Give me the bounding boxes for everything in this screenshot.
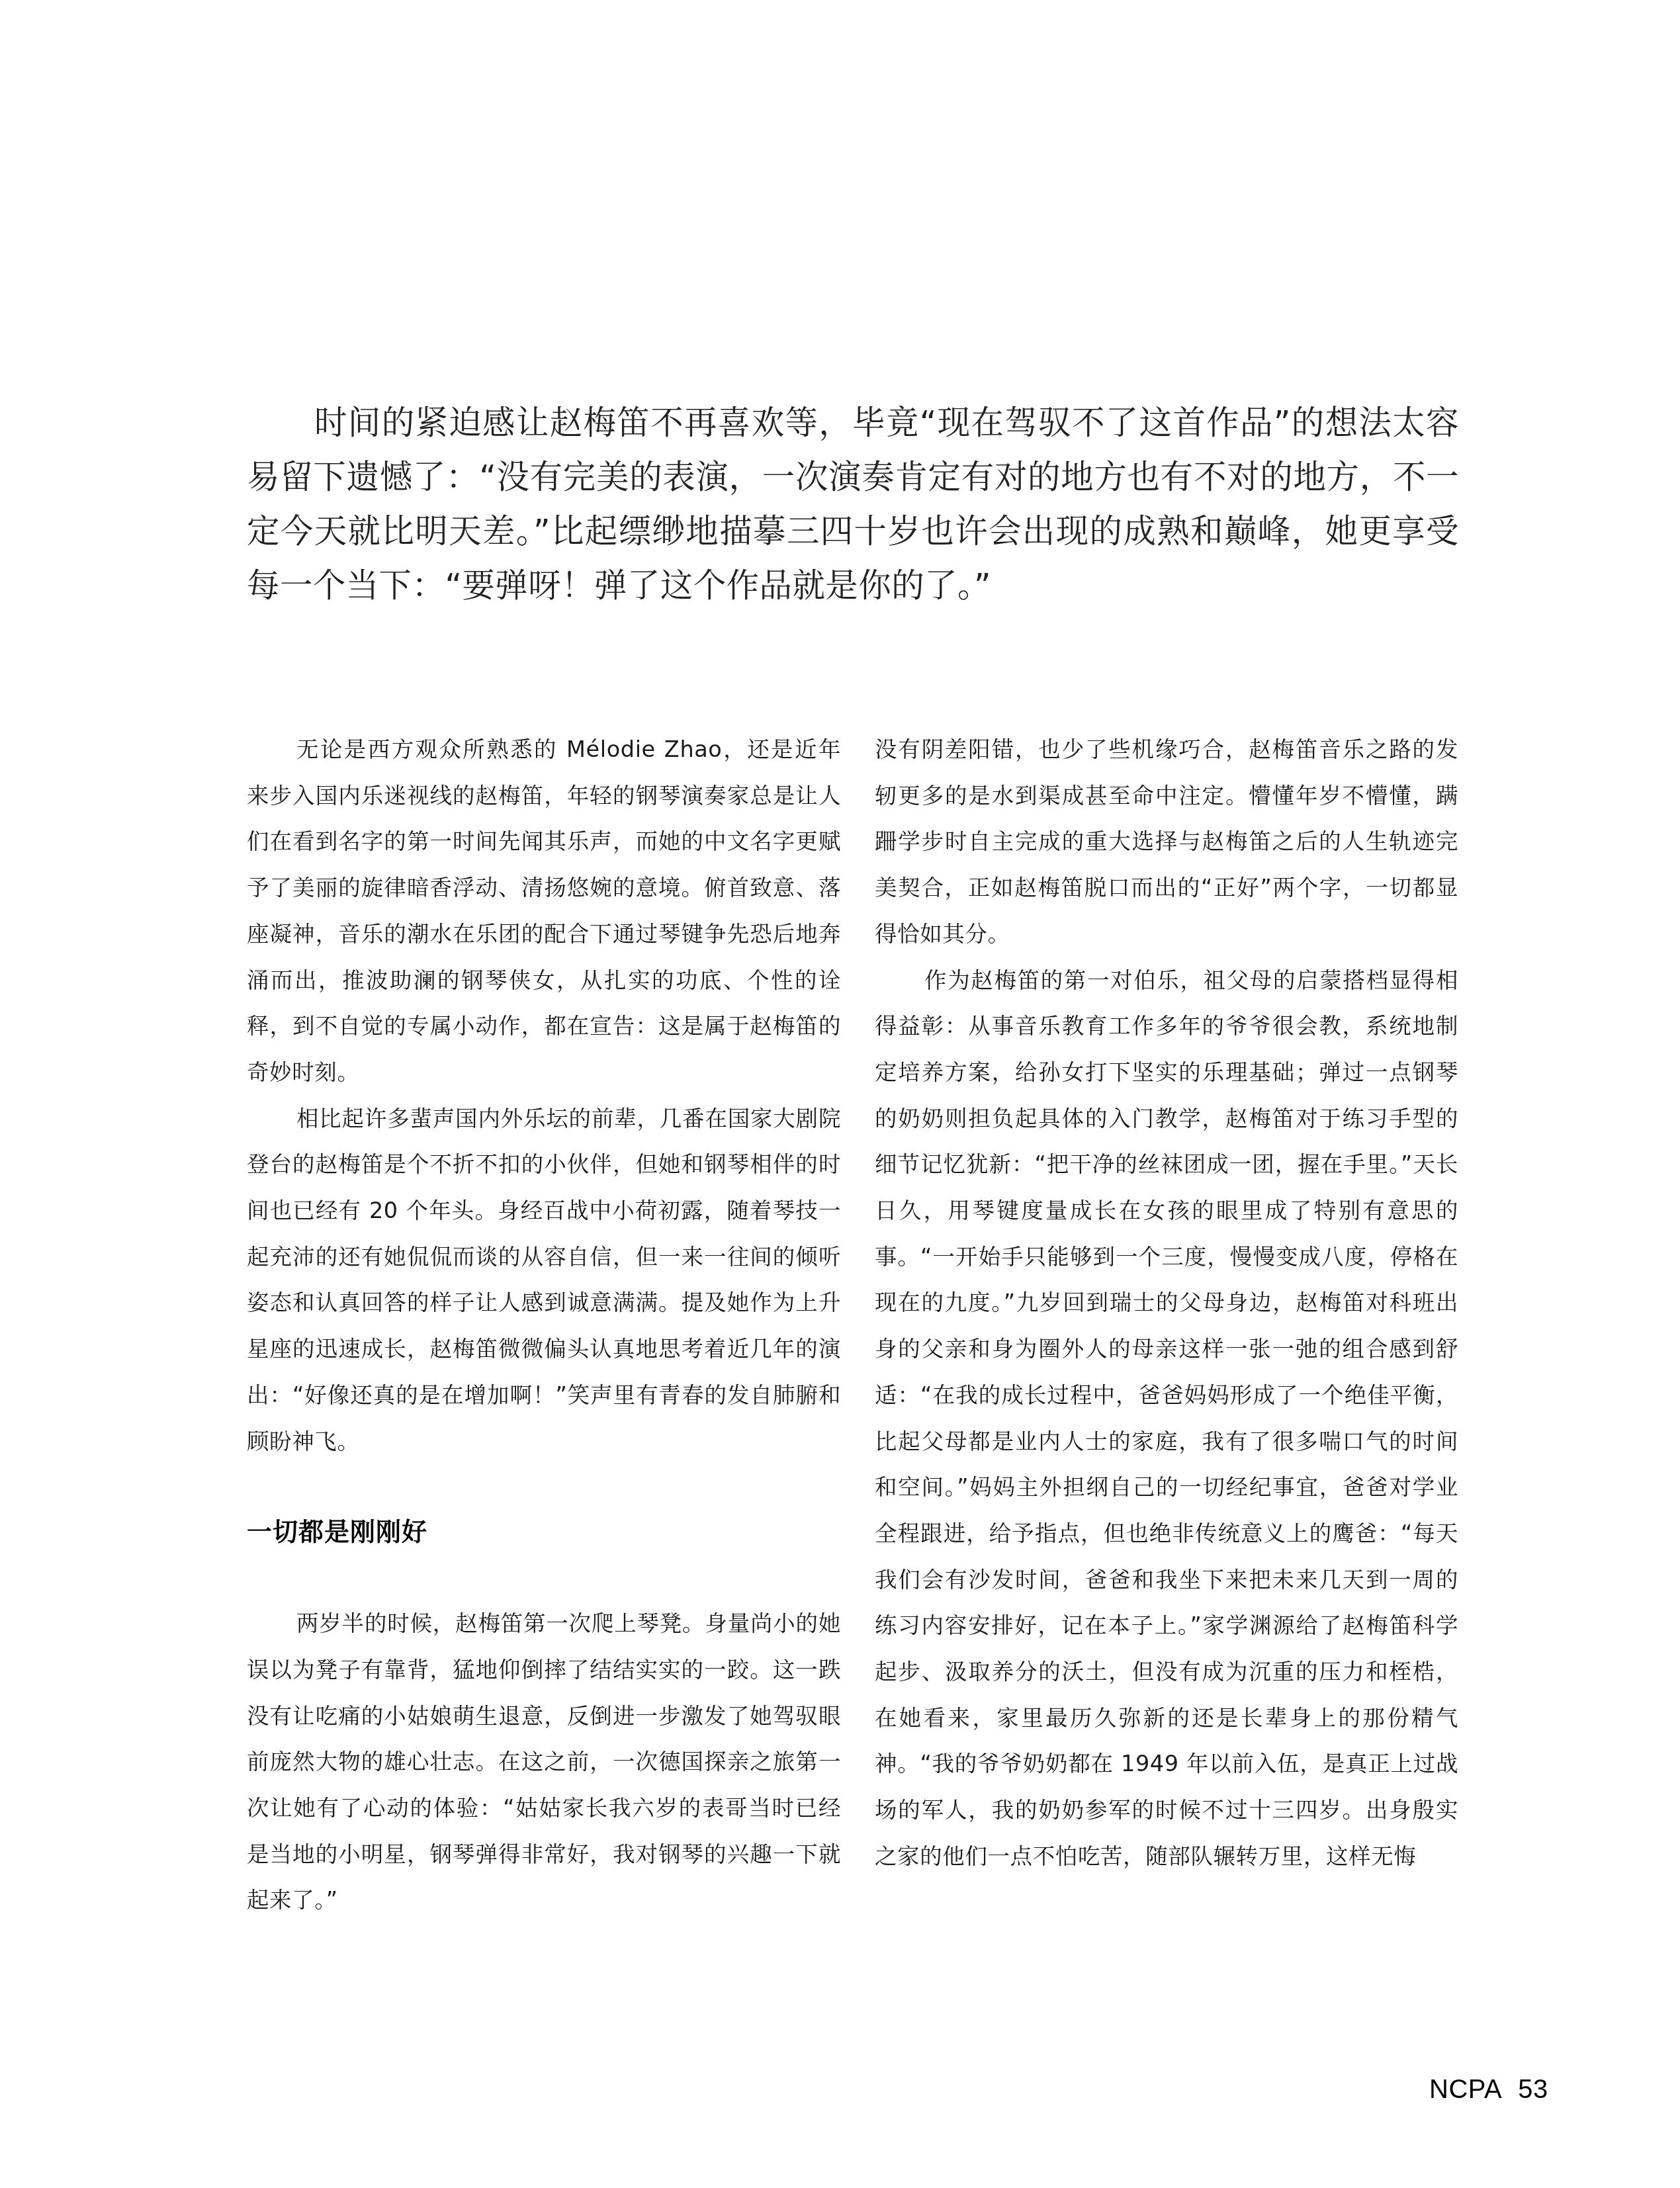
body-paragraph: 无论是西方观众所熟悉的 Mélodie Zhao，还是近年来步入国内乐迷视线的赵… — [247, 726, 841, 1096]
body-paragraph: 两岁半的时候，赵梅笛第一次爬上琴凳。身量尚小的她误以为凳子有靠背，猛地仰倒摔了结… — [247, 1600, 841, 1923]
publication-name: NCPA — [1429, 2075, 1502, 2104]
page-footer: NCPA53 — [1429, 2075, 1548, 2105]
page-number: 53 — [1518, 2075, 1548, 2104]
body-paragraph-continued: 没有阴差阳错，也少了些机缘巧合，赵梅笛音乐之路的发轫更多的是水到渠成甚至命中注定… — [875, 726, 1458, 957]
body-paragraph: 作为赵梅笛的第一对伯乐，祖父母的启蒙搭档显得相得益彰：从事音乐教育工作多年的爷爷… — [875, 957, 1458, 1880]
section-heading: 一切都是刚刚好 — [247, 1512, 841, 1552]
article-column-right: 没有阴差阳错，也少了些机缘巧合，赵梅笛音乐之路的发轫更多的是水到渠成甚至命中注定… — [875, 726, 1458, 1880]
pull-quote: 时间的紧迫感让赵梅笛不再喜欢等，毕竟“现在驾驭不了这首作品”的想法太容易留下遗憾… — [247, 396, 1459, 613]
article-column-left: 无论是西方观众所熟悉的 Mélodie Zhao，还是近年来步入国内乐迷视线的赵… — [247, 726, 841, 1923]
body-paragraph: 相比起许多蜚声国内外乐坛的前辈，几番在国家大剧院登台的赵梅笛是个不折不扣的小伙伴… — [247, 1096, 841, 1465]
pull-quote-text: 时间的紧迫感让赵梅笛不再喜欢等，毕竟“现在驾驭不了这首作品”的想法太容易留下遗憾… — [247, 396, 1459, 613]
